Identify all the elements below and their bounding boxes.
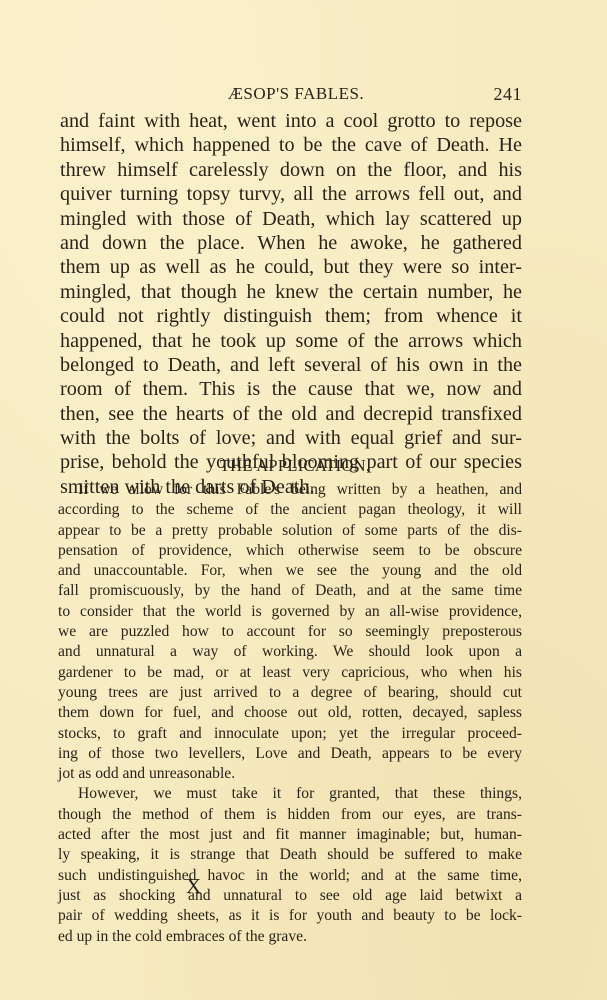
text-line: young trees are just arrived to a degree… bbox=[58, 683, 522, 703]
text-line: mingled, that though he knew the certain… bbox=[60, 280, 522, 304]
text-line: If we allow for this Fable's being writt… bbox=[58, 480, 522, 500]
text-line: according to the scheme of the ancient p… bbox=[58, 500, 522, 520]
text-line: room of them. This is the cause that we,… bbox=[60, 377, 522, 401]
text-line: such undistinguished havoc in the world;… bbox=[58, 866, 522, 886]
text-line: and down the place. When he awoke, he ga… bbox=[60, 231, 522, 255]
text-line: acted after the most just and fit manner… bbox=[58, 825, 522, 845]
text-line: happened, that he took up some of the ar… bbox=[60, 329, 522, 353]
text-line: himself, which happened to be the cave o… bbox=[60, 133, 522, 157]
book-page: ÆSOP'S FABLES. 241 and faint with heat, … bbox=[0, 0, 607, 1000]
text-line: belonged to Death, and left several of h… bbox=[60, 353, 522, 377]
text-line: threw himself carelessly down on the flo… bbox=[60, 158, 522, 182]
text-line: stocks, to graft and innoculate upon; ye… bbox=[58, 724, 522, 744]
text-line: and unnatural a way of working. We shoul… bbox=[58, 642, 522, 662]
application-text: If we allow for this Fable's being writt… bbox=[58, 480, 522, 947]
text-line: and faint with heat, went into a cool gr… bbox=[60, 109, 522, 133]
text-line: jot as odd and unreasonable. bbox=[58, 764, 522, 784]
text-line: appear to be a pretty probable solution … bbox=[58, 521, 522, 541]
text-line: ing of those two levellers, Love and Dea… bbox=[58, 744, 522, 764]
text-line: quiver turning topsy turvy, all the arro… bbox=[60, 182, 522, 206]
text-line: However, we must take it for granted, th… bbox=[58, 784, 522, 804]
text-line: gardener to be mad, or at least very cap… bbox=[58, 663, 522, 683]
text-line: them up as well as he could, but they we… bbox=[60, 255, 522, 279]
fable-text: and faint with heat, went into a cool gr… bbox=[60, 109, 522, 499]
text-line: ly speaking, it is strange that Death sh… bbox=[58, 845, 522, 865]
signature-mark: X bbox=[186, 874, 201, 899]
text-line: pensation of providence, which otherwise… bbox=[58, 541, 522, 561]
running-head-title: ÆSOP'S FABLES. bbox=[60, 84, 522, 104]
text-line: mingled with those of Death, which lay s… bbox=[60, 207, 522, 231]
application-paragraph-1: If we allow for this Fable's being writt… bbox=[58, 480, 522, 784]
application-paragraph-2: However, we must take it for granted, th… bbox=[58, 784, 522, 946]
text-line: pair of wedding sheets, as it is for you… bbox=[58, 906, 522, 926]
text-line: with the bolts of love; and with equal g… bbox=[60, 426, 522, 450]
page-number: 241 bbox=[494, 84, 523, 105]
text-line: them down for fuel, and choose out old, … bbox=[58, 703, 522, 723]
running-head: ÆSOP'S FABLES. 241 bbox=[60, 84, 522, 108]
text-line: fall promiscuously, by the hand of Death… bbox=[58, 581, 522, 601]
text-line: we are puzzled how to account for so see… bbox=[58, 622, 522, 642]
text-line: ed up in the cold embraces of the grave. bbox=[58, 927, 522, 947]
application-heading: THE APPLICATION. bbox=[60, 456, 522, 476]
text-line: though the method of them is hidden from… bbox=[58, 805, 522, 825]
text-line: to consider that the world is governed b… bbox=[58, 602, 522, 622]
text-line: could not rightly distinguish them; from… bbox=[60, 304, 522, 328]
text-line: and unaccountable. For, when we see the … bbox=[58, 561, 522, 581]
text-line: then, see the hearts of the old and decr… bbox=[60, 402, 522, 426]
text-line: just as shocking and unnatural to see ol… bbox=[58, 886, 522, 906]
